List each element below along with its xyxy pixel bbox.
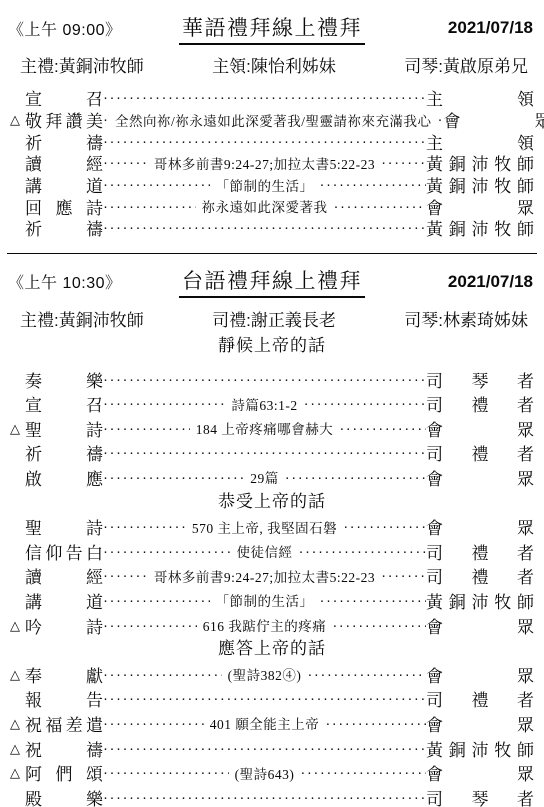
order-row: △ 吟詩 616 我踮佇主的疼痛 會眾	[6, 613, 538, 638]
row-content: 「節制的生活」	[210, 175, 320, 195]
item-label: 聖詩	[25, 514, 103, 539]
staff-leader: 主領:陳怡利姊妹	[212, 56, 336, 77]
staff-presider: 主禮:黃銅沛牧師	[20, 56, 144, 77]
stand-marker: △	[10, 717, 25, 730]
order-row: △ 祝禱 黃銅沛牧師	[6, 736, 538, 761]
dot-leader	[103, 715, 204, 732]
dot-leader	[103, 395, 225, 412]
order-row: 信仰告白 使徒信經 司禮者	[6, 539, 538, 564]
stand-marker: △	[10, 619, 25, 632]
item-label: 祈禱	[25, 215, 103, 240]
staff-presider: 主禮:黃銅沛牧師	[20, 310, 144, 331]
item-label: 聖詩	[25, 416, 103, 441]
row-content: 「節制的生活」	[210, 590, 320, 610]
order-row: 回應詩 祢永遠如此深愛著我 會眾	[6, 195, 538, 217]
row-content: (聖詩643)	[229, 763, 301, 783]
item-label: 信仰告白	[25, 539, 103, 564]
row-content: (聖詩382④)	[222, 664, 308, 684]
dot-leader	[265, 133, 427, 150]
order-row: △ 阿們頌 (聖詩643) 會眾	[6, 760, 538, 785]
row-content: 哥林多前書9:24-27;加拉太書5:22-23	[148, 566, 381, 586]
item-label: 奉獻	[25, 662, 103, 687]
performer-label: 司禮者	[426, 440, 534, 465]
row-content: 詩篇63:1-2	[225, 394, 303, 414]
dot-leader	[265, 89, 427, 106]
dot-leader	[285, 469, 426, 486]
dot-leader	[265, 789, 427, 806]
section-subtitle: 恭受上帝的話	[6, 490, 538, 515]
performer-label: 司禮者	[426, 563, 534, 588]
dot-leader	[320, 176, 427, 193]
order-row: 聖詩 570 主上帝, 我堅固石磐 會眾	[6, 514, 538, 539]
dot-leader	[265, 740, 427, 757]
order-of-worship: 宣召 主領 △ 敬拜讚美 全然向祢/祢永遠如此深愛著我/聖靈請祢來充滿我心 會眾…	[6, 87, 538, 239]
performer-label: 黃銅沛牧師	[426, 215, 534, 240]
item-label: 讀經	[25, 563, 103, 588]
performer-label: 司禮者	[426, 686, 534, 711]
dot-leader	[381, 567, 426, 584]
item-label: 啟應	[25, 465, 103, 490]
staff-liturgist: 司禮:謝正義長老	[212, 310, 336, 331]
stand-marker: △	[10, 422, 25, 435]
service-date: 2021/07/18	[448, 18, 538, 38]
dot-leader	[103, 567, 148, 584]
stand-marker: △	[10, 668, 25, 681]
service-date: 2021/07/18	[448, 272, 538, 292]
order-row: △ 祝福差遣 401 願全能主上帝 會眾	[6, 711, 538, 736]
item-label: 奏樂	[25, 367, 103, 392]
stand-marker: △	[10, 113, 25, 126]
row-content: 使徒信經	[231, 541, 299, 561]
order-row: 宣召 詩篇63:1-2 司禮者	[6, 391, 538, 416]
service-time: 《上午 09:00》	[6, 17, 122, 40]
service-title: 華語禮拜線上禮拜	[179, 12, 365, 45]
dot-leader	[325, 715, 426, 732]
dot-leader	[103, 518, 186, 535]
order-row: 講道 「節制的生活」 黃銅沛牧師	[6, 588, 538, 613]
taiwanese-service-section: 《上午 10:30》 台語禮拜線上禮拜 2021/07/18 主禮:黃銅沛牧師 …	[6, 266, 538, 807]
order-of-worship: 奏樂 司琴者 宣召 詩篇63:1-2 司禮者 △ 聖詩 184 上帝疼痛哪會赫大	[6, 367, 538, 807]
dot-leader	[339, 420, 426, 437]
row-content: 570 主上帝, 我堅固石磐	[186, 517, 343, 537]
dot-leader	[332, 617, 426, 634]
performer-label: 會眾	[426, 711, 534, 736]
row-content: 哥林多前書9:24-27;加拉太書5:22-23	[148, 153, 381, 173]
row-content: 401 願全能主上帝	[204, 713, 326, 733]
item-label: 祝禱	[25, 736, 103, 761]
bulletin-page: 《上午 09:00》 華語禮拜線上禮拜 2021/07/18 主禮:黃銅沛牧師 …	[0, 0, 544, 807]
performer-label: 黃銅沛牧師	[426, 736, 534, 761]
order-row: 祈禱 主領	[6, 130, 538, 152]
order-row: △ 聖詩 184 上帝疼痛哪會赫大 會眾	[6, 416, 538, 441]
item-label: 報告	[25, 686, 103, 711]
row-content: 全然向祢/祢永遠如此深愛著我/聖靈請祢來充滿我心	[109, 110, 438, 130]
dot-leader	[103, 176, 210, 193]
section-subtitle: 應答上帝的話	[6, 637, 538, 662]
order-row: 奏樂 司琴者	[6, 367, 538, 392]
dot-leader	[103, 740, 265, 757]
performer-label: 司琴者	[426, 785, 534, 807]
order-row: 講道 「節制的生活」 黃銅沛牧師	[6, 174, 538, 196]
row-content: 29篇	[244, 467, 285, 487]
item-label: 講道	[25, 588, 103, 613]
dot-leader	[343, 518, 426, 535]
item-label: 宣召	[25, 391, 103, 416]
dot-leader	[103, 371, 265, 388]
dot-leader	[320, 592, 427, 609]
dot-leader	[265, 219, 427, 236]
dot-leader	[103, 764, 229, 781]
dot-leader	[103, 592, 210, 609]
dot-leader	[103, 789, 265, 806]
order-row: 報告 司禮者	[6, 687, 538, 712]
dot-leader	[103, 617, 197, 634]
performer-label: 司禮者	[426, 391, 534, 416]
dot-leader	[103, 133, 265, 150]
section-header: 《上午 09:00》 華語禮拜線上禮拜 2021/07/18	[6, 12, 538, 44]
order-row: 啟應 29篇 會眾	[6, 465, 538, 490]
performer-label: 會眾	[426, 514, 534, 539]
dot-leader	[103, 666, 222, 683]
item-label: 祝福差遣	[25, 711, 103, 736]
service-time: 《上午 10:30》	[6, 270, 122, 293]
dot-leader	[265, 444, 427, 461]
stand-marker: △	[10, 766, 25, 779]
staff-pianist: 司琴:林素琦姊妹	[404, 310, 528, 331]
section-header: 《上午 10:30》 台語禮拜線上禮拜 2021/07/18	[6, 266, 538, 298]
dot-leader	[265, 371, 427, 388]
performer-label: 會眾	[426, 465, 534, 490]
order-row: △ 敬拜讚美 全然向祢/祢永遠如此深愛著我/聖靈請祢來充滿我心 會眾	[6, 109, 538, 131]
order-row: 殿樂 司琴者	[6, 785, 538, 807]
performer-label: 會眾	[426, 760, 534, 785]
row-content: 184 上帝疼痛哪會赫大	[190, 418, 340, 438]
order-row: 祈禱 司禮者	[6, 441, 538, 466]
service-title: 台語禮拜線上禮拜	[179, 265, 365, 298]
row-content: 祢永遠如此深愛著我	[196, 196, 334, 216]
performer-label: 會眾	[426, 662, 534, 687]
performer-label: 司禮者	[426, 539, 534, 564]
dot-leader	[103, 89, 265, 106]
performer-label: 黃銅沛牧師	[426, 588, 534, 613]
item-label: 殿樂	[25, 785, 103, 807]
dot-leader	[103, 543, 231, 560]
dot-leader	[103, 420, 190, 437]
section-subtitle: 靜候上帝的話	[6, 335, 538, 357]
item-label: 吟詩	[25, 613, 103, 638]
stand-marker: △	[10, 742, 25, 755]
dot-leader	[265, 690, 427, 707]
dot-leader	[307, 666, 426, 683]
dot-leader	[103, 219, 265, 236]
item-label: 祈禱	[25, 440, 103, 465]
dot-leader	[103, 198, 196, 215]
row-content: 616 我踮佇主的疼痛	[197, 615, 333, 635]
staff-line: 主禮:黃銅沛牧師 主領:陳怡利姊妹 司琴:黃啟原弟兄	[6, 56, 538, 77]
order-row: △ 奉獻 (聖詩382④) 會眾	[6, 662, 538, 687]
dot-leader	[103, 469, 244, 486]
dot-leader	[304, 395, 426, 412]
order-row: 讀經 哥林多前書9:24-27;加拉太書5:22-23 黃銅沛牧師	[6, 152, 538, 174]
performer-label: 會眾	[426, 416, 534, 441]
order-row: 祈禱 黃銅沛牧師	[6, 217, 538, 239]
staff-line: 主禮:黃銅沛牧師 司禮:謝正義長老 司琴:林素琦姊妹	[6, 310, 538, 331]
section-divider	[7, 253, 537, 254]
dot-leader	[103, 444, 265, 461]
item-label: 阿們頌	[25, 760, 103, 785]
dot-leader	[103, 154, 148, 171]
dot-leader	[381, 154, 426, 171]
performer-label: 會眾	[426, 613, 534, 638]
order-row: 讀經 哥林多前書9:24-27;加拉太書5:22-23 司禮者	[6, 564, 538, 589]
dot-leader	[334, 198, 427, 215]
dot-leader	[103, 690, 265, 707]
performer-label: 司琴者	[426, 367, 534, 392]
staff-pianist: 司琴:黃啟原弟兄	[404, 56, 528, 77]
order-row: 宣召 主領	[6, 87, 538, 109]
mandarin-service-section: 《上午 09:00》 華語禮拜線上禮拜 2021/07/18 主禮:黃銅沛牧師 …	[6, 12, 538, 239]
dot-leader	[299, 543, 427, 560]
dot-leader	[300, 764, 426, 781]
